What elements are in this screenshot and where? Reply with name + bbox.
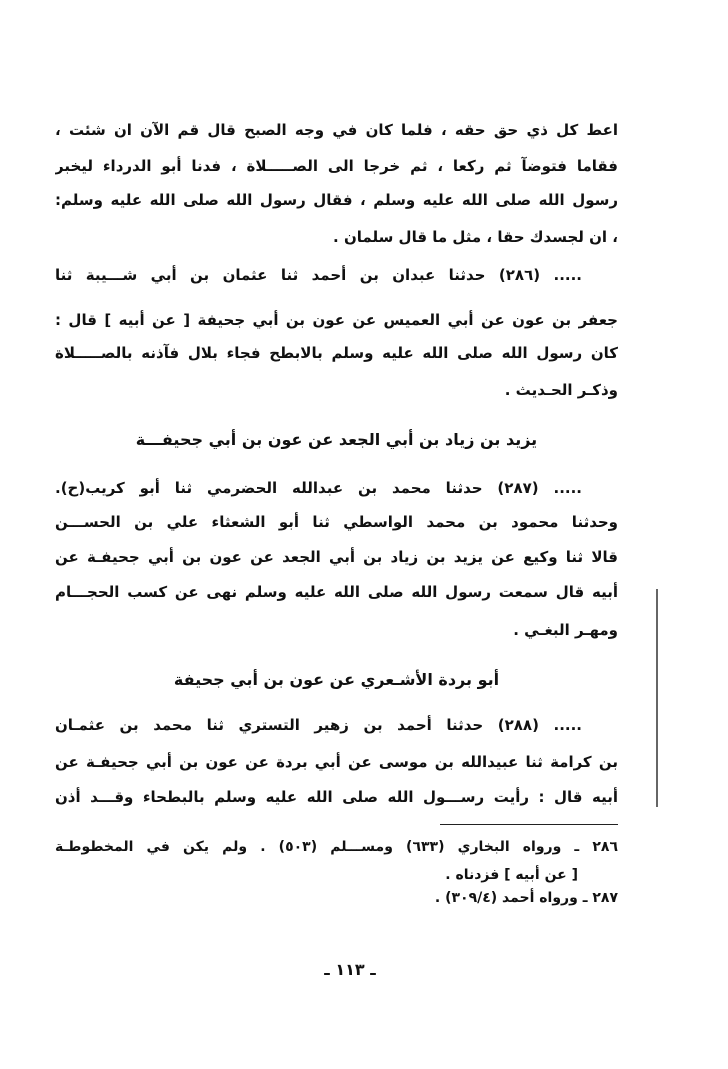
hadith-286-line: وذكـر الحـديث .: [55, 378, 618, 402]
section-heading: يزيد بن زياد بن أبي الجعد عن عون بن أبي …: [55, 427, 618, 453]
body-line: فقاما فتوضآ ثم ركعا ، ثم خرجا الى الصـــ…: [55, 154, 618, 178]
section-heading: أبو بردة الأشـعري عن عون بن أبي جحيفة: [55, 667, 618, 693]
hadith-287-line: أبيه قال سمعت رسول الله صلى الله عليه وس…: [55, 580, 618, 604]
body-line: رسول الله صلى الله عليه وسلم ، فقال رسول…: [55, 188, 618, 212]
hadith-288-line: ..... (٢٨٨) حدثنا أحمد بن زهير التستري ث…: [55, 713, 618, 737]
margin-rule: [656, 589, 658, 807]
body-line: اعط كل ذي حق حقه ، فلما كان في وجه الصبح…: [55, 118, 618, 142]
hadith-288-line: بن كرامة ثنا عبيدالله بن موسى عن أبي برد…: [55, 750, 618, 774]
hadith-287-line: ..... (٢٨٧) حدثنا محمد بن عبدالله الحضرم…: [55, 476, 618, 500]
body-line: ، ان لجسدك حقا ، مثل ما قال سلمان .: [55, 225, 618, 249]
hadith-286-line: جعفر بن عون عن أبي العميس عن عون بن أبي …: [55, 308, 618, 332]
hadith-287-line: ومهـر البغـي .: [55, 618, 618, 642]
hadith-287-line: قالا ثنا وكيع عن يزيد بن زياد بن أبي الج…: [55, 545, 618, 569]
hadith-286-line: كان رسول الله صلى الله عليه وسلم بالابطح…: [55, 341, 618, 365]
page-number: ـ ١١٣ ـ: [250, 958, 450, 982]
hadith-286-line: ..... (٢٨٦) حدثنا عبدان بن أحمد ثنا عثما…: [55, 263, 618, 287]
hadith-287-line: وحدثنا محمود بن محمد الواسطي ثنا أبو الش…: [55, 510, 618, 534]
footnote-286-continued: [ عن أبيه ] فزدناه .: [55, 864, 618, 886]
footnote-286: ٢٨٦ ـ ورواه البخاري (٦٣٣) ومســـلم (٥٠٣)…: [55, 836, 618, 858]
footnote-287: ٢٨٧ ـ ورواه أحمد (٣٠٩/٤) .: [55, 887, 618, 909]
hadith-288-line: أبيه قال : رأيت رســـول الله صلى الله عل…: [55, 785, 618, 809]
book-page: اعط كل ذي حق حقه ، فلما كان في وجه الصبح…: [0, 0, 728, 1069]
footnote-separator: [440, 824, 618, 825]
